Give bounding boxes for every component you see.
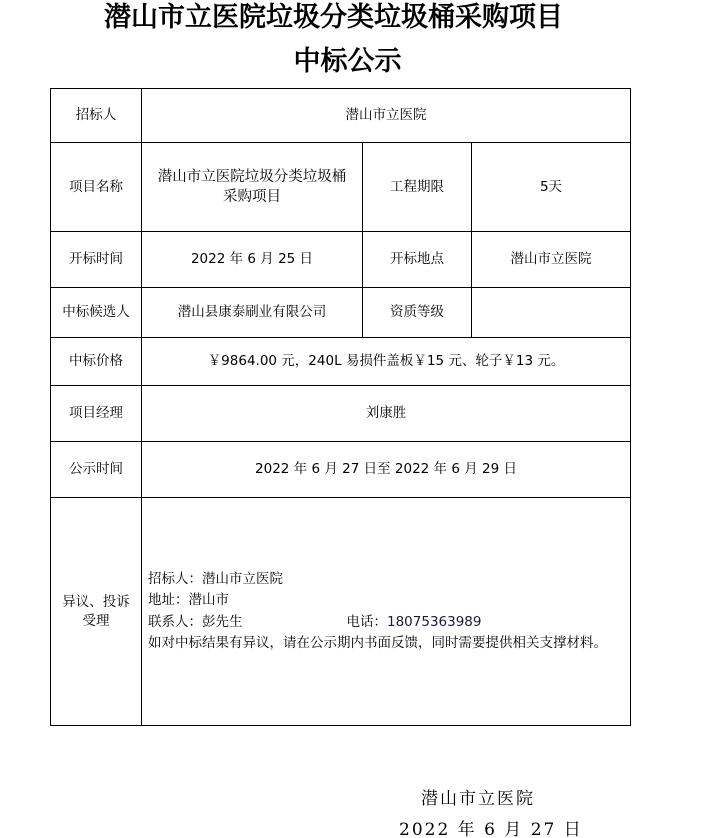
objection-phone-label: 电话： [347,614,388,630]
opening-time-value: 2022 年 6 月 25 日 [142,232,363,288]
construction-period-label: 工程期限 [363,143,472,232]
publicity-period-label: 公示时间 [51,442,142,498]
table-row-project: 项目名称 潜山市立医院垃圾分类垃圾桶采购项目 工程期限 5天 [51,143,631,232]
project-name-text: 潜山市立医院垃圾分类垃圾桶采购项目 [154,167,350,207]
document-subtitle: 中标公示 [0,44,699,80]
project-name-label: 项目名称 [51,143,142,232]
document-title: 潜山市立医院垃圾分类垃圾桶采购项目 [0,0,685,36]
project-name-value: 潜山市立医院垃圾分类垃圾桶采购项目 [142,143,363,232]
project-manager-label: 项目经理 [51,386,142,442]
table-row-manager: 项目经理 刘康胜 [51,386,631,442]
bidder-label: 招标人 [51,89,142,143]
signature-date: 2022 年 6 月 27 日 [399,815,583,838]
objection-address-line: 地址：潜山市 [148,590,624,612]
project-manager-value: 刘康胜 [142,386,631,442]
qualification-level-label: 资质等级 [363,288,472,338]
objection-label-line2: 受理 [57,612,135,631]
winning-candidate-label: 中标候选人 [51,288,142,338]
objection-contact-person: 联系人：彭先生 [148,614,243,630]
table-row-objection: 异议、投诉 受理 招标人：潜山市立医院 地址：潜山市 联系人：彭先生电话：180… [51,498,631,726]
qualification-level-value [472,288,631,338]
table-row-price: 中标价格 ￥9864.00 元，240L 易损件盖板￥15 元、轮子￥13 元。 [51,338,631,386]
objection-label-line1: 异议、投诉 [57,593,135,612]
opening-location-value: 潜山市立医院 [472,232,631,288]
bidder-value: 潜山市立医院 [142,89,631,143]
objection-bidder-line: 招标人：潜山市立医院 [148,569,624,591]
publicity-period-value: 2022 年 6 月 27 日至 2022 年 6 月 29 日 [142,442,631,498]
objection-label: 异议、投诉 受理 [51,498,142,726]
winning-candidate-value: 潜山县康泰刷业有限公司 [142,288,363,338]
objection-phone-number: 18075363989 [387,614,481,630]
objection-contact-row: 联系人：彭先生电话：18075363989 [148,612,624,634]
table-row-opening: 开标时间 2022 年 6 月 25 日 开标地点 潜山市立医院 [51,232,631,288]
winning-price-value: ￥9864.00 元，240L 易损件盖板￥15 元、轮子￥13 元。 [142,338,631,386]
table-row-bidder: 招标人 潜山市立医院 [51,89,631,143]
construction-period-value: 5天 [472,143,631,232]
table-row-publicity: 公示时间 2022 年 6 月 27 日至 2022 年 6 月 29 日 [51,442,631,498]
table-row-candidate: 中标候选人 潜山县康泰刷业有限公司 资质等级 [51,288,631,338]
objection-note-line: 如对中标结果有异议，请在公示期内书面反馈，同时需要提供相关支撑材料。 [148,633,624,655]
opening-time-label: 开标时间 [51,232,142,288]
winning-price-label: 中标价格 [51,338,142,386]
opening-location-label: 开标地点 [363,232,472,288]
objection-content: 招标人：潜山市立医院 地址：潜山市 联系人：彭先生电话：18075363989 … [142,498,631,726]
signature-organization: 潜山市立医院 [421,784,535,809]
award-notice-table: 招标人 潜山市立医院 项目名称 潜山市立医院垃圾分类垃圾桶采购项目 工程期限 5… [50,88,631,726]
